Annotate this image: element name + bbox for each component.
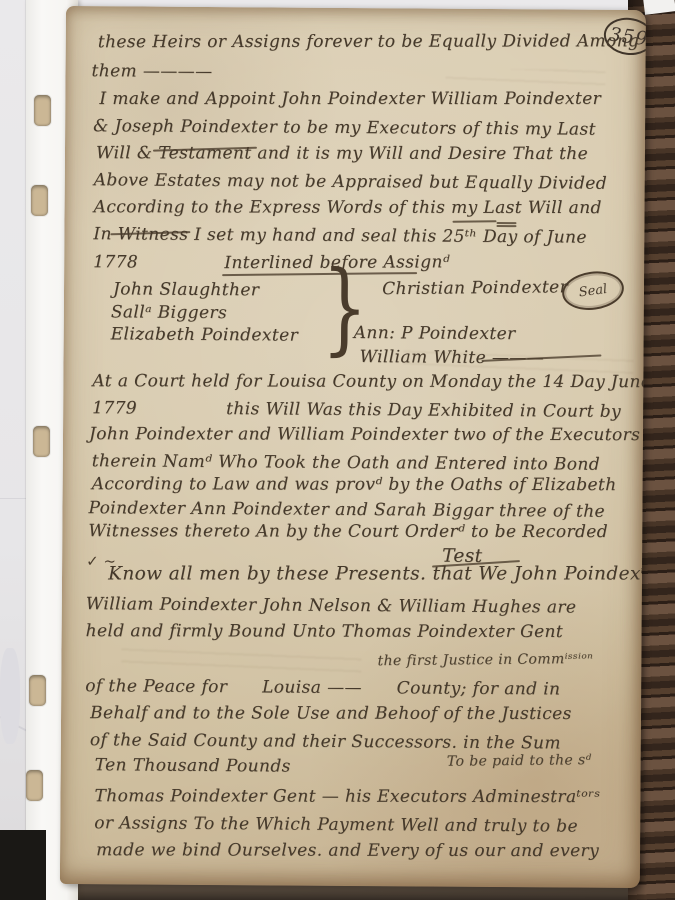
payment-note: To be paid to the sᵈ <box>447 752 592 770</box>
probate-line-4: According to Law and was provᵈ by the Oa… <box>92 474 617 495</box>
probate-line-1: this Will Was this Day Exhibited in Cour… <box>226 399 621 422</box>
paper-fold-line <box>0 498 27 499</box>
witness-name-1: John Slaughther <box>113 279 259 300</box>
ink-bleed-through <box>121 648 361 674</box>
manuscript-page: 359 these Heirs or Assigns forever to be… <box>60 6 646 888</box>
punch-hole <box>33 426 50 457</box>
probate-line-6: Witnesses thereto An by the Court Orderᵈ… <box>88 521 608 542</box>
bond-line-6: of the Said County and their Successors.… <box>90 730 561 754</box>
witness-name-3: Elizabeth Poindexter <box>111 324 299 346</box>
ink-stroke-date-mark <box>496 225 516 227</box>
bond-line-8: or Assigns To the Which Payment Well and… <box>94 813 578 837</box>
will-line-5: Will & Testament and it is my Will and D… <box>96 143 588 164</box>
testator-signature: Christian Poindexter <box>382 277 568 299</box>
witness-name-2: Sallᵃ Biggers <box>111 302 227 323</box>
will-line-6: Above Estates may not be Appraised but E… <box>94 170 607 194</box>
probate-line-3: therein Namᵈ Who Took the Oath and Enter… <box>92 451 600 475</box>
probate-opening: At a Court held for Louisa County on Mon… <box>92 371 646 392</box>
signature-ann: Ann: P Poindexter <box>354 323 516 345</box>
punch-hole <box>26 770 43 801</box>
ink-stroke-date-mark <box>496 222 516 224</box>
bond-line-7: Thomas Poindexter Gent — his Executors A… <box>95 786 601 807</box>
will-line-2: them ———— <box>91 61 212 82</box>
probate-year: 1779 <box>92 398 137 419</box>
bond-line-3: held and firmly Bound Unto Thomas Poinde… <box>86 621 563 642</box>
paper-shadow <box>0 648 20 744</box>
will-year: 1778 <box>93 252 138 273</box>
ink-bleed-through <box>445 69 605 90</box>
probate-line-2: John Poindexter and William Poindexter t… <box>89 424 640 445</box>
punch-hole <box>31 185 48 216</box>
punch-hole <box>34 95 51 126</box>
will-line-7: According to the Express Words of this m… <box>94 197 602 218</box>
bond-sum: Ten Thousand Pounds <box>95 755 291 777</box>
bond-line-9: made we bind Ourselves. and Every of us … <box>96 840 599 861</box>
will-line-3: I make and Appoint John Poindexter Willi… <box>99 89 601 109</box>
seal-mark: Seal <box>560 268 626 314</box>
bond-line-1: Know all men by these Presents. that We … <box>108 563 646 585</box>
bond-line-2: William Poindexter John Nelson & William… <box>86 594 577 618</box>
will-line-8: In Witness I set my hand and seal this 2… <box>93 224 587 248</box>
ink-stroke-last-underline <box>452 220 496 222</box>
dark-table-corner <box>0 830 46 900</box>
will-line-1: these Heirs or Assigns forever to be Equ… <box>98 31 640 52</box>
bond-line-4: of the Peace for Louisa —— County; for a… <box>85 676 560 700</box>
punch-hole <box>29 675 46 706</box>
manuscript-photo: 359 these Heirs or Assigns forever to be… <box>0 0 675 900</box>
bond-line-5: Behalf and to the Sole Use and Behoof of… <box>90 703 572 724</box>
will-line-4: & Joseph Poindexter to be my Executors o… <box>93 116 596 140</box>
probate-line-5: Poindexter Ann Poindexter and Sarah Bigg… <box>88 498 605 522</box>
justice-commission-note: the first Justice in Commⁱˢˢⁱᵒⁿ <box>377 651 593 670</box>
